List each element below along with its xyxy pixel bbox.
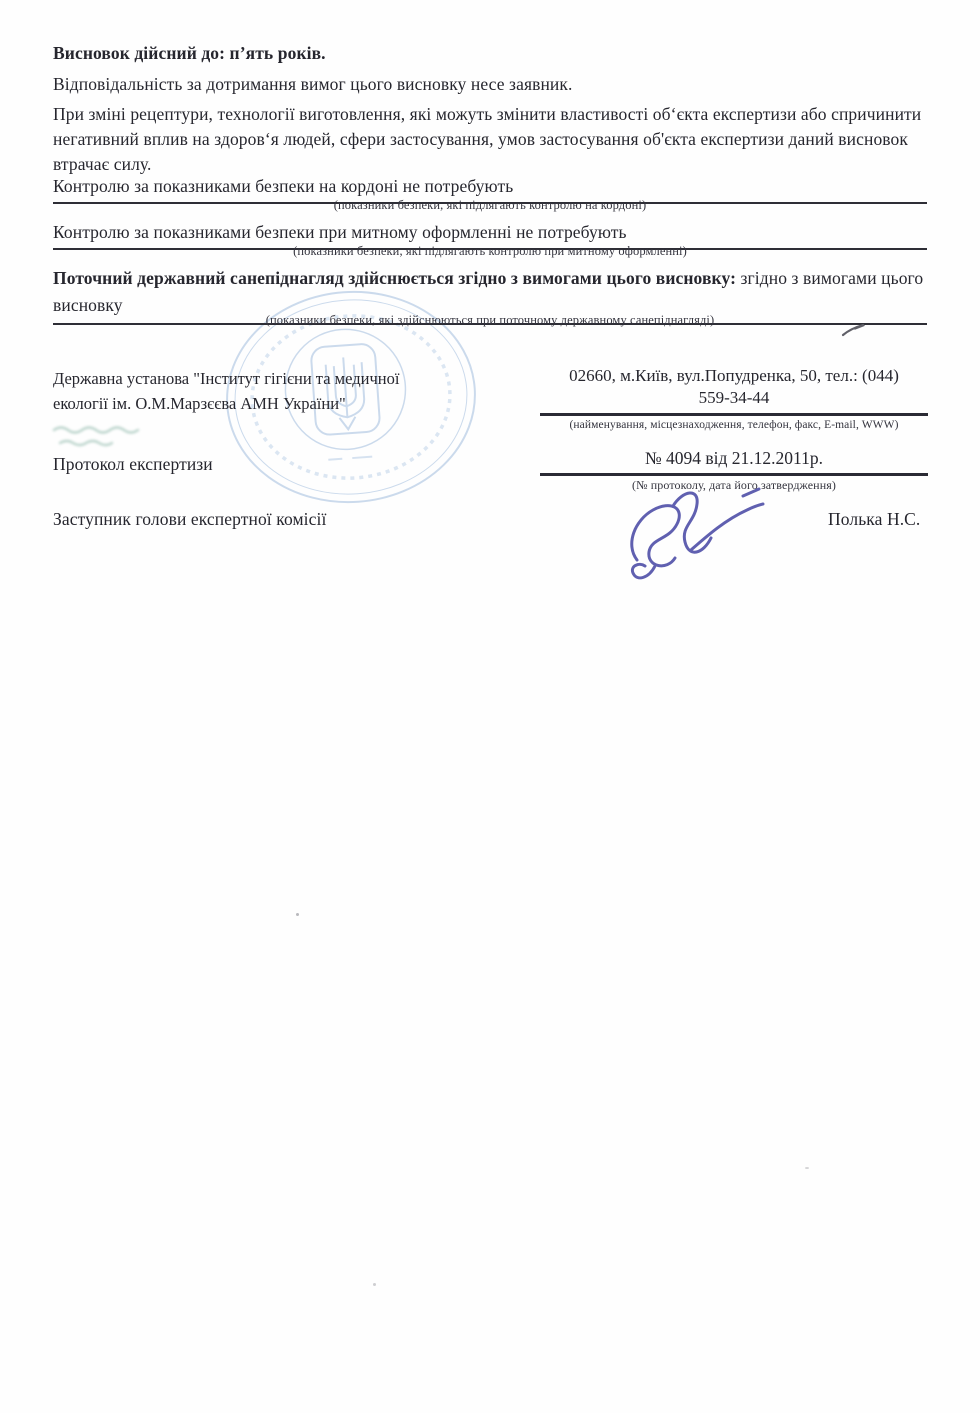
border-control-caption: (показники безпеки, які підлягають контр… [53,198,927,213]
responsibility-line: Відповідальність за дотримання вимог цьо… [53,72,923,97]
validity-heading: Висновок дійсний до: п’ять років. [53,41,923,66]
ink-bleed-artifact [48,422,183,450]
document-page: Висновок дійсний до: п’ять років. Відпов… [0,0,980,1413]
scan-speck [805,1167,809,1169]
signatory-name: Полька Н.С. [828,507,920,532]
customs-control-caption: (показники безпеки, які підлягають контр… [53,244,927,259]
protocol-label: Протокол експертизи [53,452,213,477]
issuer-name: Державна установа "Інститут гігієни та м… [53,366,448,416]
pen-tick-mark [840,322,868,340]
signature-icon [595,472,785,587]
current-surveillance-label: Поточний державний санепіднагляд здійсню… [53,268,736,288]
issuer-address-line2: 559-34-44 [540,387,928,409]
current-surveillance-caption: (показники безпеки, які здійснюються при… [53,313,927,328]
change-clause-paragraph: При зміні рецептури, технології виготовл… [53,102,929,177]
scan-speck [296,913,299,916]
signatory-title: Заступник голови експертної комісії [53,507,326,532]
issuer-address-line1: 02660, м.Київ, вул.Попудренка, 50, тел.:… [540,365,928,387]
issuer-address: 02660, м.Київ, вул.Попудренка, 50, тел.:… [540,365,928,416]
scan-speck [373,1283,376,1286]
issuer-caption: (найменування, місцезнаходження, телефон… [540,419,928,431]
